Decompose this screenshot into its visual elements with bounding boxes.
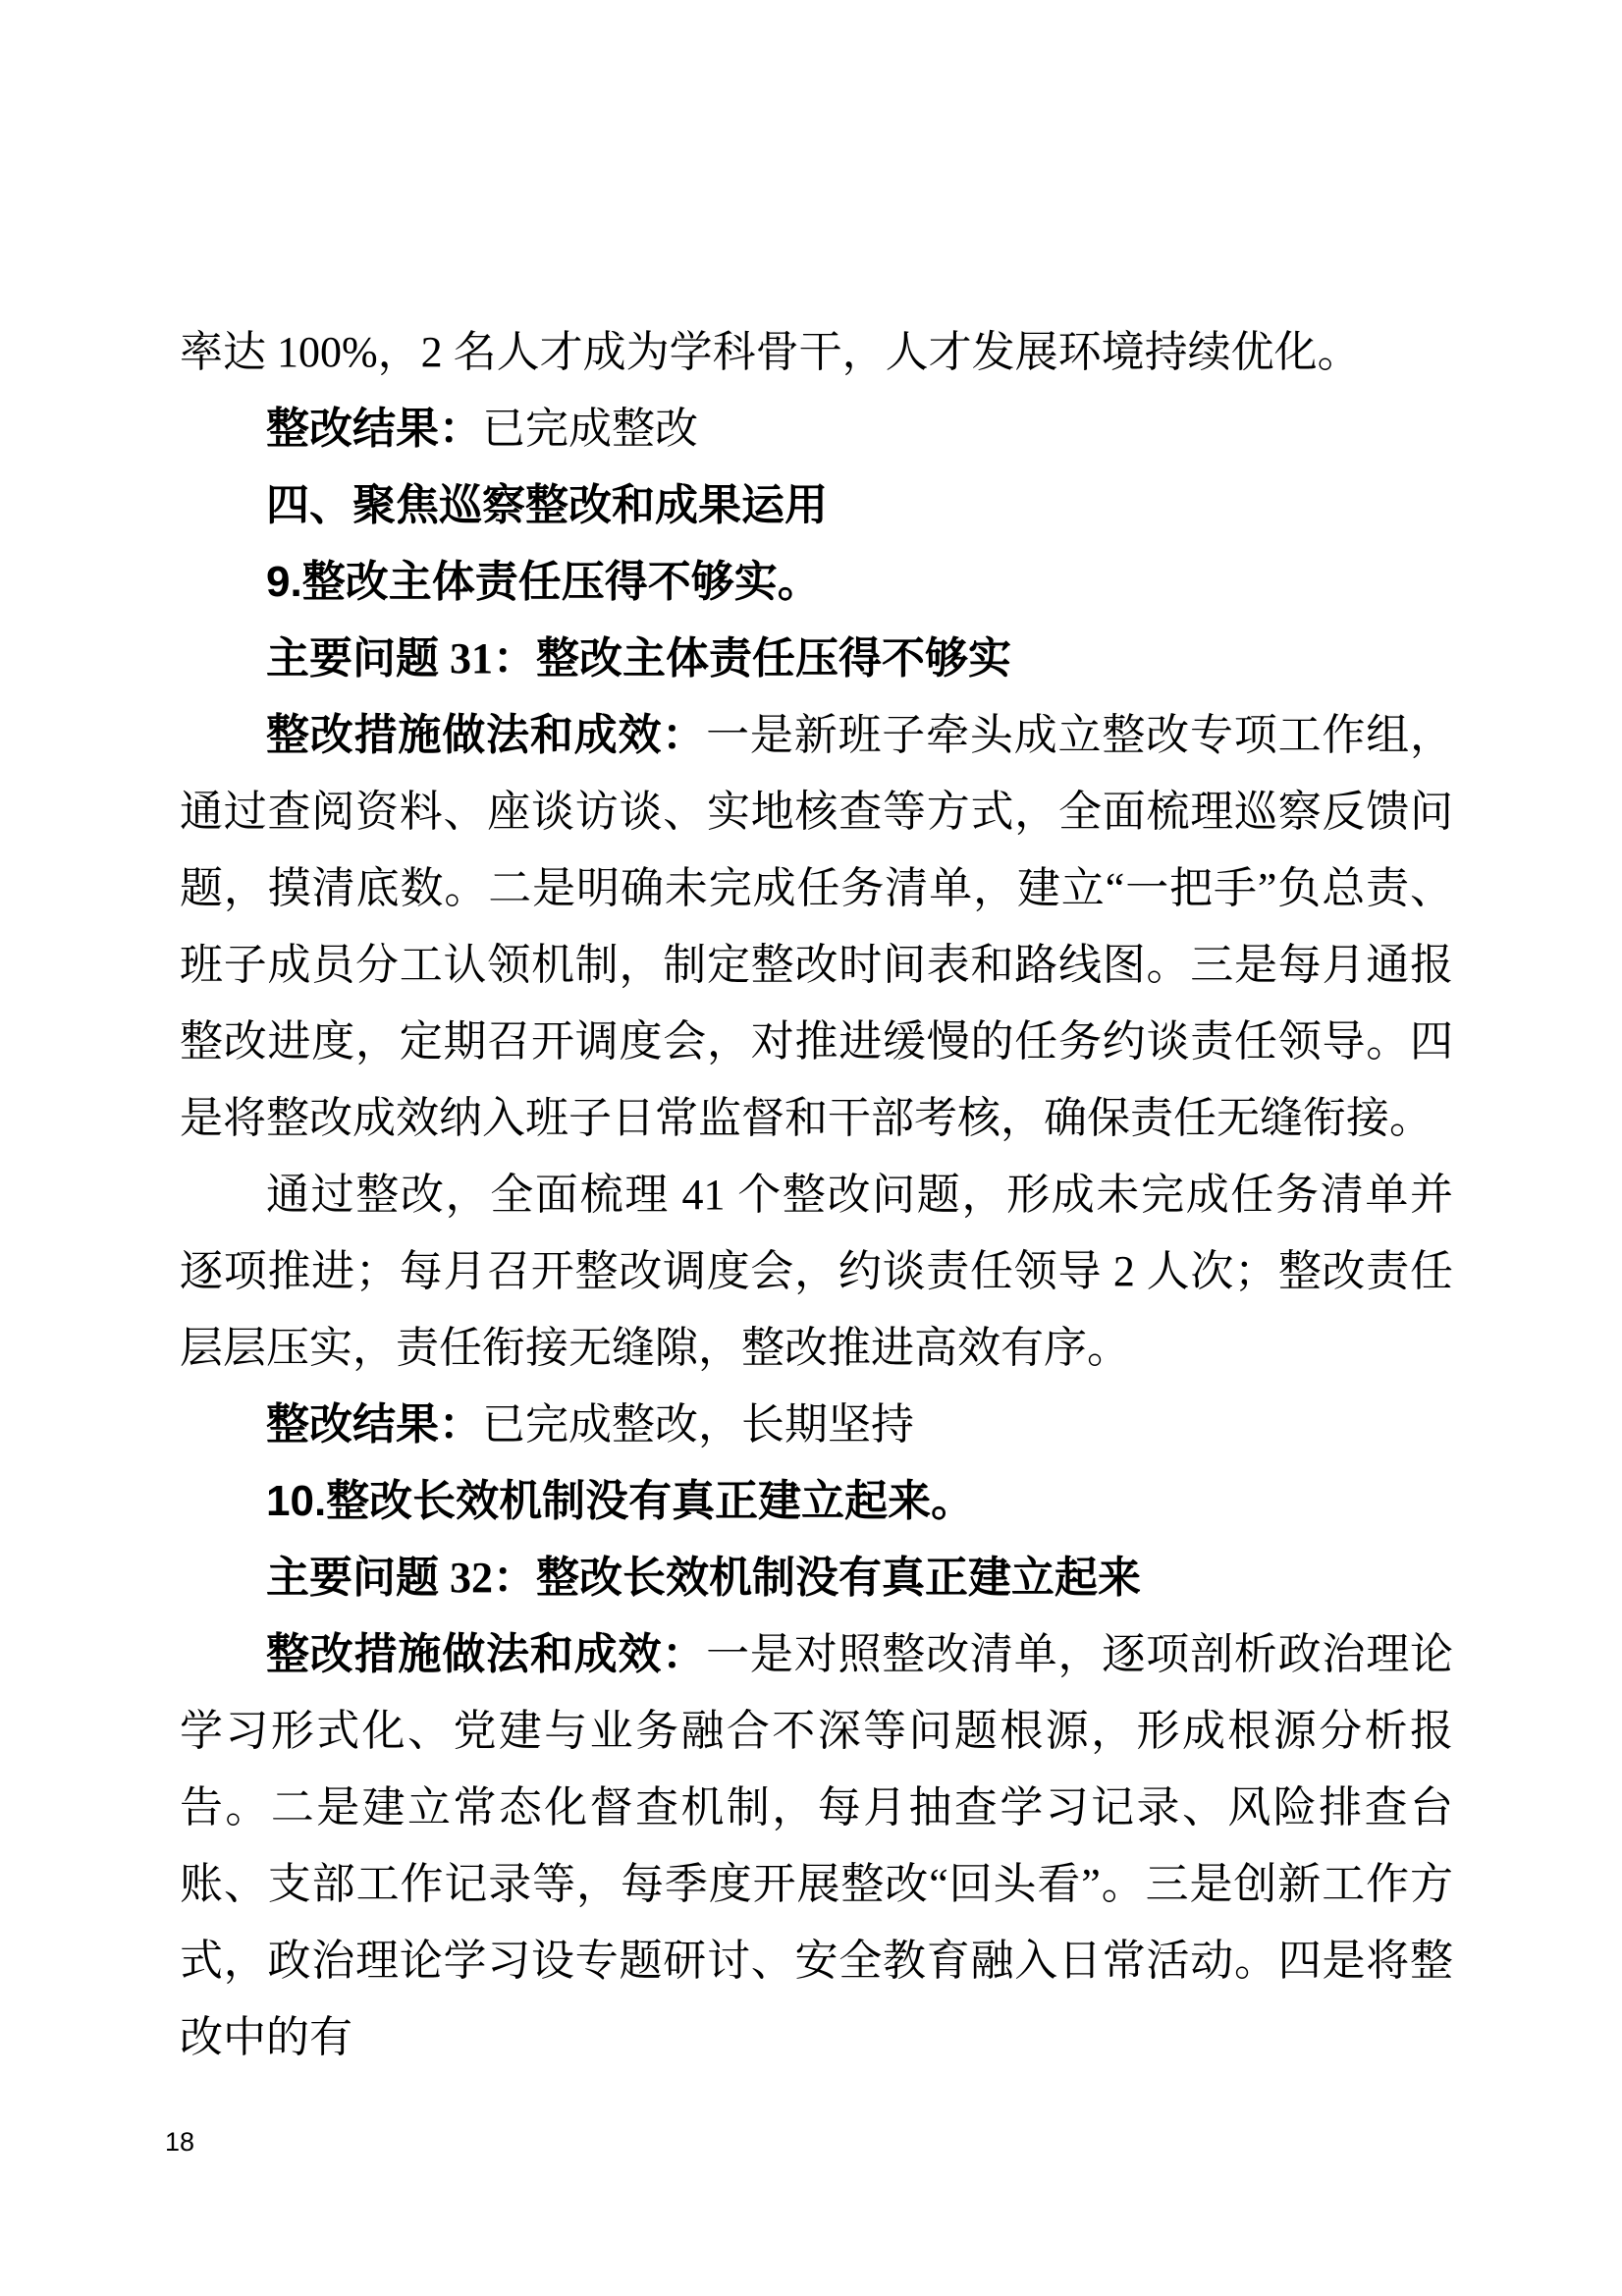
measures-text: 一是对照整改清单，逐项剖析政治理论学习形式化、党建与业务融合不深等问题根源，形成… [180,1630,1453,2061]
measures-text: 一是新班子牵头成立整改专项工作组，通过查阅资料、座谈访谈、实地核查等方式，全面梳… [180,711,1453,1142]
paragraph-continuation: 率达 100%，2 名人才成为学科骨干，人才发展环境持续优化。 [180,314,1453,391]
item-10-title: 10.整改长效机制没有真正建立起来。 [180,1463,1453,1540]
item-10-number: 10. [266,1477,326,1525]
result-label: 整改结果： [266,405,482,453]
result-value: 已完成整改，长期坚持 [482,1400,914,1449]
paragraph-result-1: 整改结果：已完成整改 [180,391,1453,467]
paragraph-effect-31: 通过整改，全面梳理 41 个整改问题，形成未完成任务清单并逐项推进；每月召开整改… [180,1157,1453,1387]
problem-31-text: 主要问题 31：整改主体责任压得不够实 [266,634,1011,683]
problem-31-title: 主要问题 31：整改主体责任压得不够实 [180,621,1453,697]
paragraph-measures-32: 整改措施做法和成效：一是对照整改清单，逐项剖析政治理论学习形式化、党建与业务融合… [180,1616,1453,2076]
page-number: 18 [165,2125,194,2159]
document-page: 率达 100%，2 名人才成为学科骨干，人才发展环境持续优化。 整改结果：已完成… [0,0,1622,2296]
paragraph-text: 率达 100%，2 名人才成为学科骨干，人才发展环境持续优化。 [180,328,1361,376]
section-heading-text: 四、聚焦巡察整改和成果运用 [266,481,828,529]
effect-text: 通过整改，全面梳理 41 个整改问题，形成未完成任务清单并逐项推进；每月召开整改… [180,1171,1453,1372]
result-value: 已完成整改 [482,405,698,453]
document-body: 率达 100%，2 名人才成为学科骨干，人才发展环境持续优化。 整改结果：已完成… [180,314,1453,2076]
item-9-number: 9. [266,558,302,606]
section-heading: 四、聚焦巡察整改和成果运用 [180,467,1453,544]
measures-label: 整改措施做法和成效： [266,1630,706,1678]
item-9-title: 9.整改主体责任压得不够实。 [180,544,1453,621]
result-label: 整改结果： [266,1400,482,1449]
paragraph-measures-31: 整改措施做法和成效：一是新班子牵头成立整改专项工作组，通过查阅资料、座谈访谈、实… [180,697,1453,1157]
measures-label: 整改措施做法和成效： [266,711,706,759]
item-9-text: 整改主体责任压得不够实。 [302,558,821,606]
item-10-text: 整改长效机制没有真正建立起来。 [326,1477,974,1525]
paragraph-result-31: 整改结果：已完成整改，长期坚持 [180,1387,1453,1463]
problem-32-text: 主要问题 32：整改长效机制没有真正建立起来 [266,1554,1141,1602]
problem-32-title: 主要问题 32：整改长效机制没有真正建立起来 [180,1540,1453,1616]
